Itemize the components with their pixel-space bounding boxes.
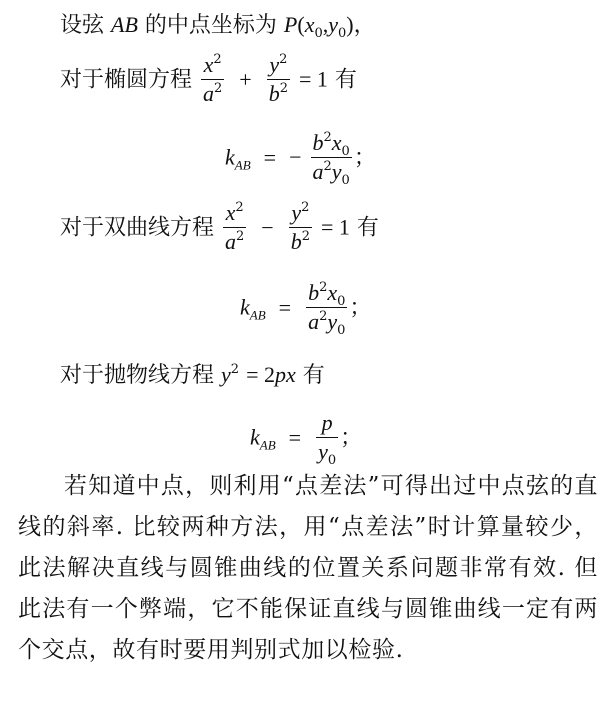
fraction: x2 a2 — [201, 52, 224, 109]
y-var: y — [328, 12, 338, 37]
midpoint-statement: 设弦 AB 的中点坐标为 P(x0,y0)， — [60, 10, 376, 41]
hyperbola-slope-formula: kAB = b2x0 a2y0 ； — [240, 280, 371, 337]
fraction: b2x0 a2y0 — [311, 130, 352, 187]
numerator: y — [269, 52, 279, 77]
numerator: y — [291, 200, 301, 225]
text: 有 — [335, 68, 357, 93]
denominator: b — [269, 81, 280, 106]
equals: = — [264, 145, 276, 170]
y-var: y — [221, 362, 231, 387]
numerator: x — [226, 200, 236, 225]
denominator-y: y — [327, 309, 337, 334]
denominator: a — [225, 229, 236, 254]
subscript: 0 — [337, 294, 345, 309]
fraction: y2 b2 — [267, 52, 290, 109]
minus-sign: − — [289, 145, 301, 170]
exponent: 2 — [302, 229, 310, 244]
operator: + — [239, 67, 251, 92]
chord-label: AB — [111, 12, 138, 37]
subscript: AB — [250, 308, 266, 323]
denominator: a — [308, 309, 319, 334]
numerator: b — [308, 280, 319, 305]
ellipse-slope-formula: kAB = − b2x0 a2y0 ； — [225, 130, 376, 187]
subscript: 0 — [342, 173, 350, 188]
x-var: x — [305, 12, 315, 37]
explanation-paragraph: 若知道中点，则利用“点差法”可得出过中点弦的直线的斜率. 比较两种方法，用“点差… — [18, 466, 598, 671]
exponent: 2 — [214, 81, 222, 96]
numerator-x: x — [327, 280, 337, 305]
punct: ； — [354, 146, 376, 171]
denominator-y: y — [332, 159, 342, 184]
fraction: b2x0 a2y0 — [306, 280, 347, 337]
text: 有 — [303, 363, 325, 388]
text: 对于抛物线方程 — [60, 363, 214, 388]
equals: = — [279, 295, 291, 320]
exponent: 2 — [280, 81, 288, 96]
subscript: 0 — [337, 323, 345, 338]
text: 设弦 — [60, 13, 104, 38]
px-term: px — [275, 362, 296, 387]
equals: = — [289, 425, 301, 450]
subscript: AB — [260, 438, 276, 453]
subscript: AB — [235, 158, 251, 173]
document-page: 设弦 AB 的中点坐标为 P(x0,y0)， 对于椭圆方程 x2 a2 + y2… — [0, 0, 609, 701]
exponent: 2 — [236, 229, 244, 244]
ellipse-equation-line: 对于椭圆方程 x2 a2 + y2 b2 = 1 有 — [60, 52, 357, 109]
denominator: b — [291, 229, 302, 254]
slope-k: k — [225, 145, 235, 170]
exponent: 2 — [231, 362, 239, 377]
exponent: 2 — [301, 200, 309, 215]
numerator: p — [322, 410, 333, 435]
operator: − — [261, 215, 273, 240]
parabola-equation-line: 对于抛物线方程 y2 = 2px 有 — [60, 360, 325, 391]
text: 对于双曲线方程 — [60, 216, 214, 241]
text: 对于椭圆方程 — [60, 68, 192, 93]
hyperbola-equation-line: 对于双曲线方程 x2 a2 − y2 b2 = 1 有 — [60, 200, 379, 257]
text: 的中点坐标为 — [145, 13, 277, 38]
punct: ； — [349, 296, 371, 321]
exponent: 2 — [235, 200, 243, 215]
point-label: P — [284, 12, 297, 37]
denominator: y — [318, 439, 328, 464]
fraction: p y0 — [316, 410, 338, 467]
exponent: 2 — [279, 52, 287, 67]
subscript: 0 — [342, 144, 350, 159]
slope-k: k — [250, 425, 260, 450]
denominator: a — [313, 159, 324, 184]
slope-k: k — [240, 295, 250, 320]
equals-one: = 1 — [321, 215, 350, 240]
exponent: 2 — [213, 52, 221, 67]
numerator-x: x — [332, 130, 342, 155]
fraction: y2 b2 — [289, 200, 312, 257]
numerator: x — [204, 52, 214, 77]
denominator: a — [203, 81, 214, 106]
parabola-slope-formula: kAB = p y0 ； — [250, 410, 362, 467]
equals-one: = 1 — [299, 67, 328, 92]
fraction: x2 a2 — [223, 200, 246, 257]
numerator: b — [313, 130, 324, 155]
subscript: 0 — [314, 26, 322, 41]
text: 有 — [357, 216, 379, 241]
equals-two: = 2 — [246, 362, 275, 387]
punct: ； — [340, 426, 362, 451]
punct: ， — [354, 13, 376, 38]
